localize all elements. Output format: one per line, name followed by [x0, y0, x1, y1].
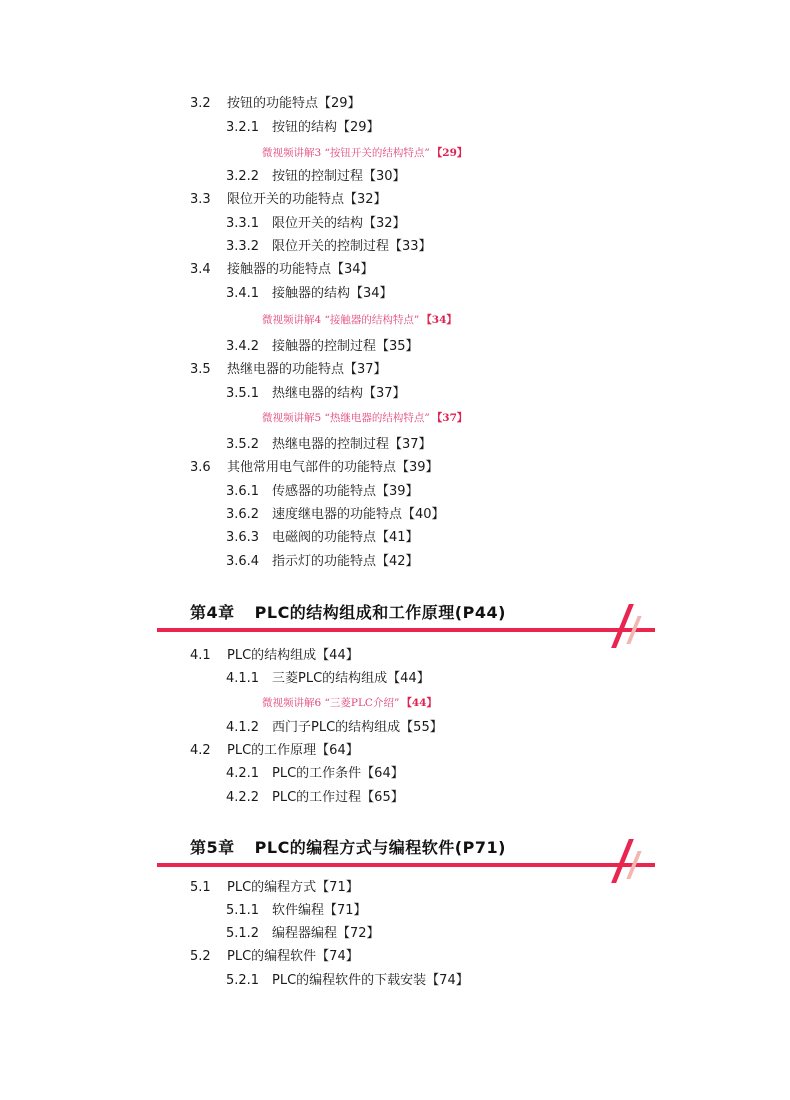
video-link[interactable]: 微视频讲解4 “接触器的结构特点”【34】 — [262, 313, 457, 327]
toc-entry[interactable]: 3.5热继电器的功能特点【37】 — [190, 362, 387, 378]
toc-entry[interactable]: 3.6.4指示灯的功能特点【42】 — [226, 554, 419, 570]
video-link[interactable]: 微视频讲解3 “按钮开关的结构特点”【29】 — [262, 146, 467, 160]
toc-entry[interactable]: 4.1.1三菱PLC的结构组成【44】 — [226, 671, 430, 687]
chapter-rule — [157, 628, 655, 632]
toc-entry[interactable]: 3.2.1按钮的结构【29】 — [226, 120, 380, 136]
video-link[interactable]: 微视频讲解6 “三菱PLC介绍”【44】 — [262, 696, 437, 710]
toc-entry[interactable]: 4.2PLC的工作原理【64】 — [190, 743, 359, 759]
toc-entry[interactable]: 3.3.1限位开关的结构【32】 — [226, 216, 406, 232]
toc-entry[interactable]: 3.3.2限位开关的控制过程【33】 — [226, 239, 432, 255]
toc-entry[interactable]: 5.2PLC的编程软件【74】 — [190, 949, 359, 965]
toc-entry[interactable]: 4.2.2PLC的工作过程【65】 — [226, 790, 404, 806]
chapter-heading-4[interactable]: 第4章PLC的结构组成和工作原理(P44) — [0, 600, 790, 650]
toc-entry[interactable]: 3.6其他常用电气部件的功能特点【39】 — [190, 460, 439, 476]
toc-entry[interactable]: 3.5.1热继电器的结构【37】 — [226, 386, 406, 402]
toc-entry[interactable]: 4.1.2西门子PLC的结构组成【55】 — [226, 720, 443, 736]
toc-entry[interactable]: 3.6.2速度继电器的功能特点【40】 — [226, 507, 445, 523]
toc-entry[interactable]: 5.1PLC的编程方式【71】 — [190, 880, 359, 896]
toc-entry[interactable]: 5.2.1PLC的编程软件的下载安装【74】 — [226, 973, 469, 989]
toc-entry[interactable]: 5.1.1软件编程【71】 — [226, 903, 367, 919]
toc-page: 3.2按钮的功能特点【29】 3.2.1按钮的结构【29】 微视频讲解3 “按钮… — [0, 0, 790, 1100]
chapter-title: 第5章PLC的编程方式与编程软件(P71) — [190, 835, 506, 858]
toc-entry[interactable]: 3.6.1传感器的功能特点【39】 — [226, 484, 419, 500]
video-link[interactable]: 微视频讲解5 “热继电器的结构特点”【37】 — [262, 411, 467, 425]
toc-entry[interactable]: 3.2按钮的功能特点【29】 — [190, 96, 361, 112]
toc-entry[interactable]: 3.4.2接触器的控制过程【35】 — [226, 339, 419, 355]
chapter-title: 第4章PLC的结构组成和工作原理(P44) — [190, 600, 506, 623]
toc-entry[interactable]: 4.2.1PLC的工作条件【64】 — [226, 766, 404, 782]
chapter-rule — [157, 863, 655, 867]
toc-entry[interactable]: 3.2.2按钮的控制过程【30】 — [226, 169, 406, 185]
toc-entry[interactable]: 5.1.2编程器编程【72】 — [226, 926, 380, 942]
toc-entry[interactable]: 3.4.1接触器的结构【34】 — [226, 286, 393, 302]
toc-entry[interactable]: 4.1PLC的结构组成【44】 — [190, 648, 359, 664]
toc-entry[interactable]: 3.5.2热继电器的控制过程【37】 — [226, 437, 432, 453]
chapter-heading-5[interactable]: 第5章PLC的编程方式与编程软件(P71) — [0, 835, 790, 885]
toc-entry[interactable]: 3.6.3电磁阀的功能特点【41】 — [226, 530, 419, 546]
toc-entry[interactable]: 3.3限位开关的功能特点【32】 — [190, 192, 387, 208]
toc-entry[interactable]: 3.4接触器的功能特点【34】 — [190, 262, 374, 278]
